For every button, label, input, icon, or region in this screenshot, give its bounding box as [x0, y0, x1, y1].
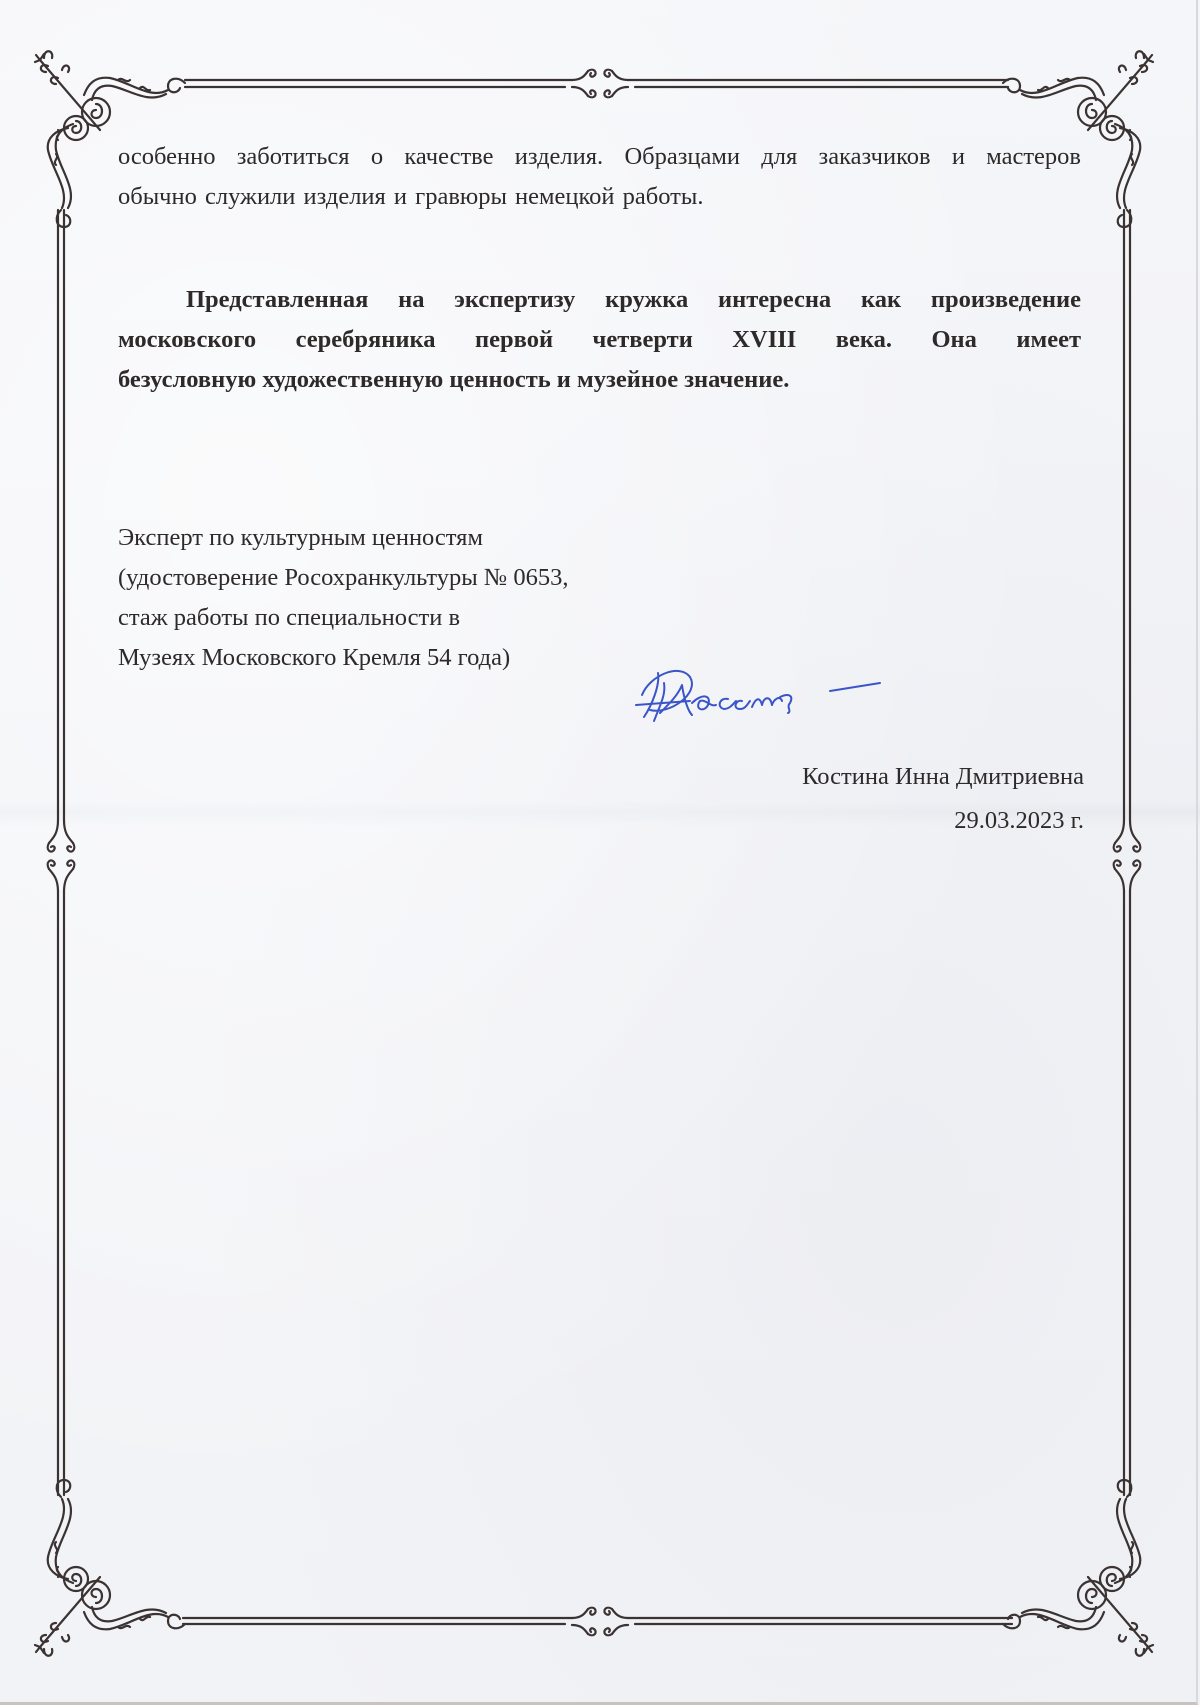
credentials-line: Эксперт по культурным ценностям: [118, 518, 638, 558]
paragraph-line: обычно служили изделия и гравюры немецко…: [118, 177, 1081, 217]
ornamental-border: [0, 0, 1200, 1705]
corner-ornament-bottom-right: [1003, 1480, 1153, 1656]
credentials-line: стаж работы по специальности в: [118, 598, 638, 638]
signer-name: Костина Инна Дмитриевна: [684, 757, 1084, 797]
border-top-line: [185, 80, 1008, 87]
conclusion-line: Представленная на экспертизу кружка инте…: [118, 280, 1081, 320]
border-left-line: [58, 210, 64, 1495]
conclusion-line: московского серебряника первой четверти …: [118, 320, 1081, 360]
document-date: 29.03.2023 г.: [684, 801, 1084, 841]
top-center-ornament: [572, 70, 628, 98]
border-right-line: [1124, 210, 1130, 1495]
paragraph-continuation: особенно заботиться о качестве изделия. …: [118, 137, 1081, 217]
paragraph-line: особенно заботиться о качестве изделия. …: [118, 137, 1081, 177]
handwritten-signature: [630, 655, 950, 745]
left-center-ornament: [48, 820, 75, 892]
bottom-center-ornament: [572, 1608, 628, 1636]
expert-credentials: Эксперт по культурным ценностям (удостов…: [118, 518, 638, 678]
conclusion-line: безусловную художественную ценность и му…: [118, 360, 1081, 400]
credentials-line: (удостоверение Росохранкультуры № 0653,: [118, 558, 638, 598]
right-center-ornament: [1114, 820, 1141, 892]
conclusion-paragraph: Представленная на экспертизу кружка инте…: [118, 280, 1081, 400]
corner-ornament-bottom-left: [35, 1480, 185, 1656]
border-bottom-line: [183, 1618, 1012, 1624]
credentials-line: Музеях Московского Кремля 54 года): [118, 638, 638, 678]
